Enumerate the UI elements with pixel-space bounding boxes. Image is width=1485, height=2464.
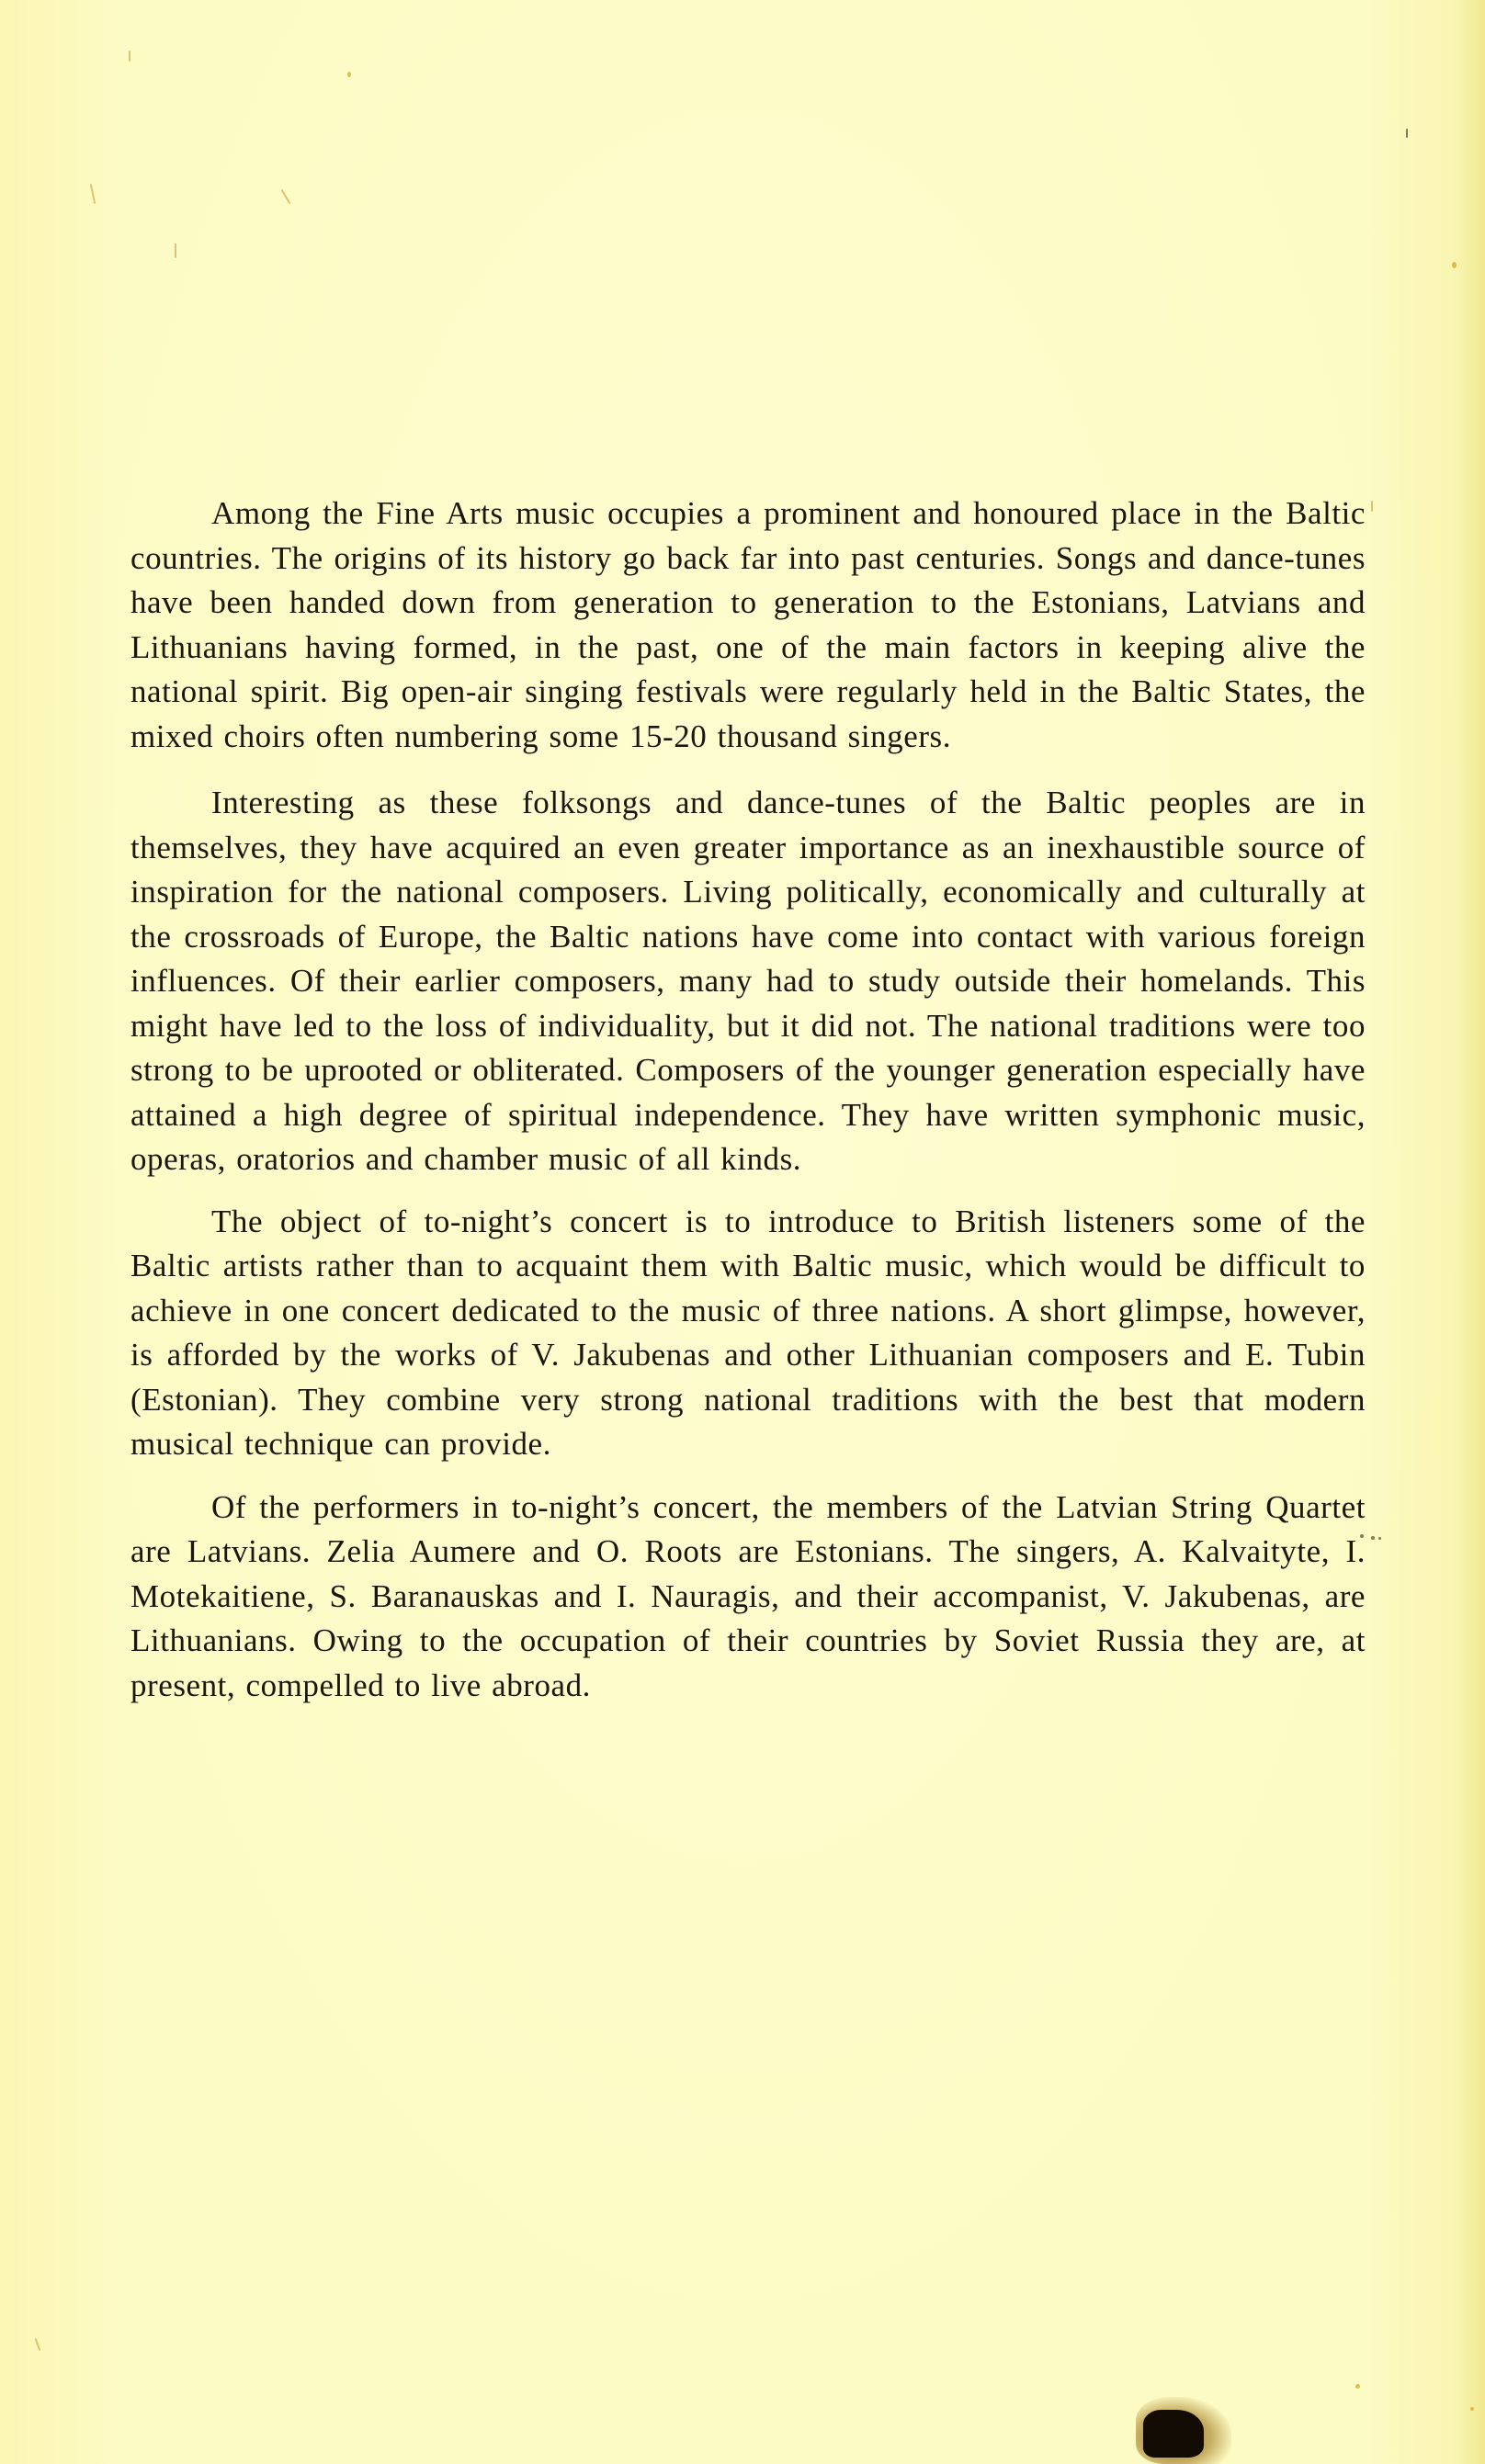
paragraph-music-in-baltic-countries: Among the Fine Arts music occupies a pro…	[130, 492, 1366, 759]
document-page: Among the Fine Arts music occupies a pro…	[0, 0, 1485, 2464]
paper-edge-shading	[1457, 0, 1485, 2464]
ink-stain	[1136, 2397, 1231, 2464]
paper-speck	[1371, 1536, 1375, 1540]
paper-speck	[347, 72, 351, 77]
paper-speck	[1378, 1537, 1381, 1540]
paper-fibre	[90, 184, 96, 204]
ink-stain-core	[1143, 2410, 1204, 2458]
body-text: Among the Fine Arts music occupies a pro…	[130, 492, 1366, 1727]
paper-speck	[1452, 262, 1457, 268]
paper-speck	[1470, 2407, 1474, 2411]
paper-fibre	[1406, 129, 1408, 138]
paper-fibre	[35, 2338, 41, 2351]
paper-fibre	[281, 189, 291, 205]
paragraph-performers: Of the performers in to-night’s concert,…	[130, 1486, 1366, 1709]
paper-fibre	[129, 51, 130, 62]
paragraph-concert-object: The object of to-night’s concert is to i…	[130, 1200, 1366, 1467]
paper-speck	[1355, 2384, 1360, 2389]
paper-fibre	[175, 243, 176, 258]
paragraph-folksongs-and-composers: Interesting as these folksongs and dance…	[130, 781, 1366, 1182]
paper-fibre	[1371, 501, 1373, 512]
